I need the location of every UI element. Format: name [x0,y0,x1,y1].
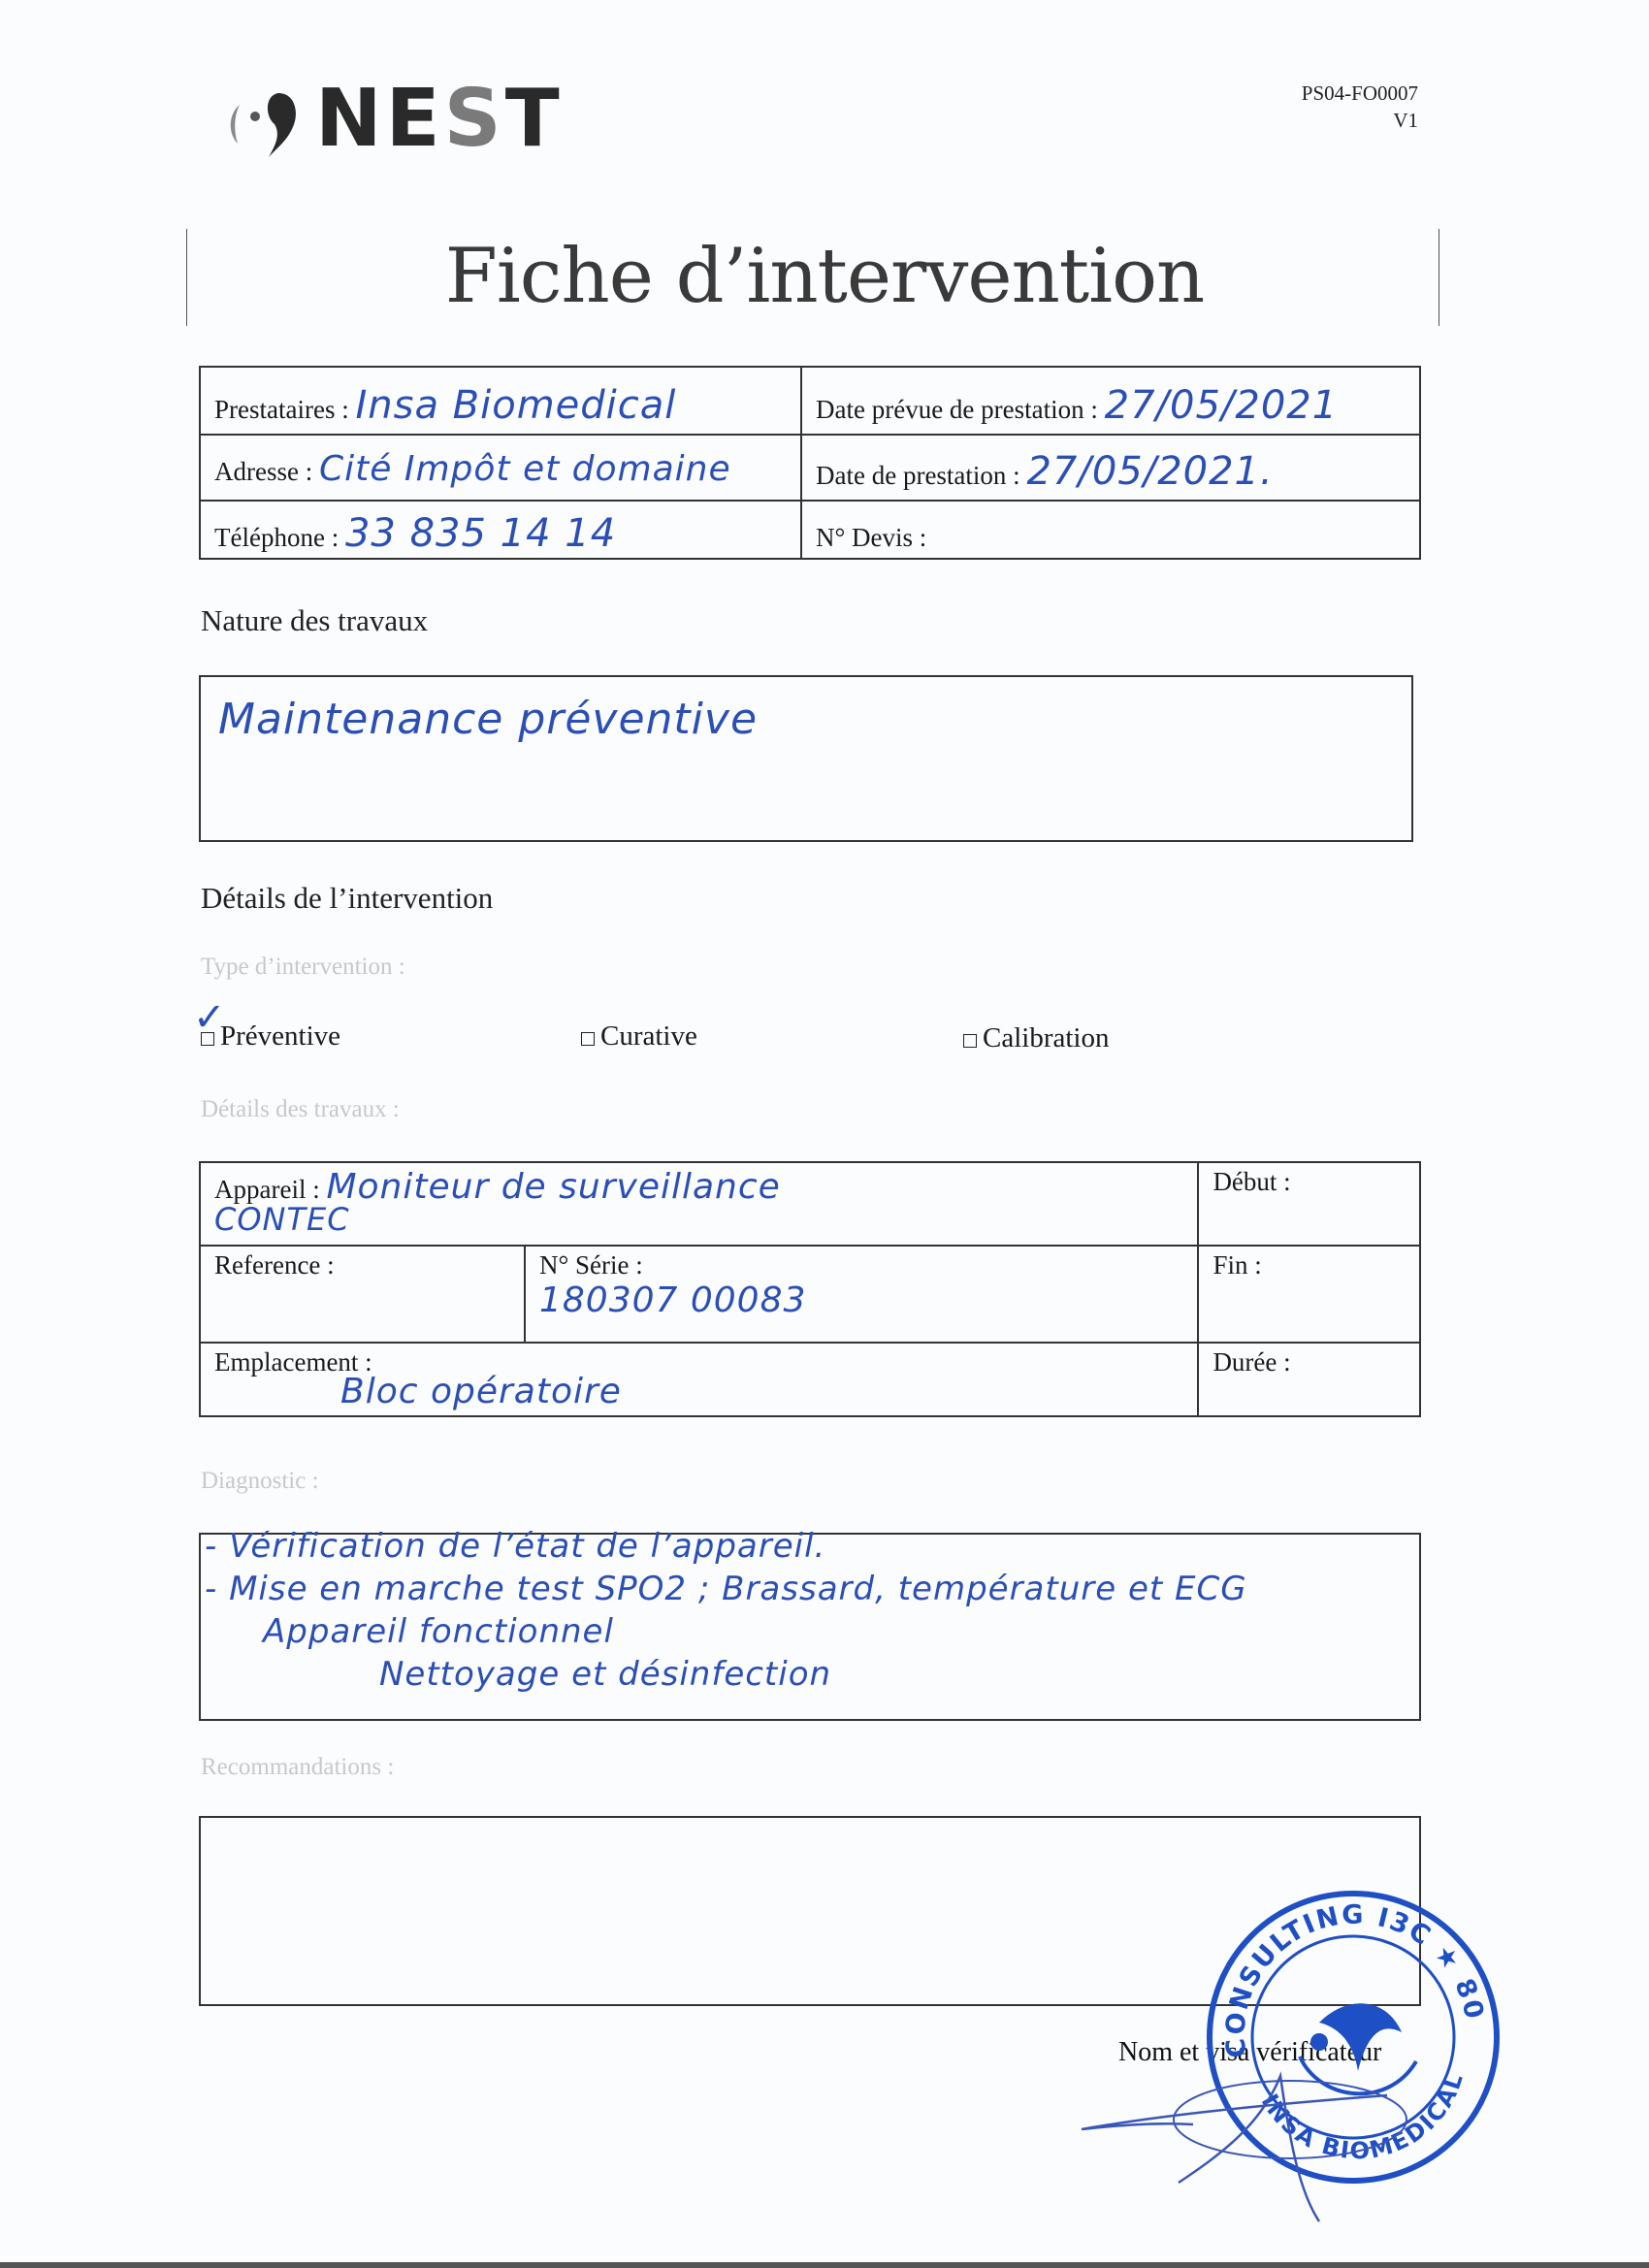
diagnostic-text: - Vérification de l’état de l’appareil. … [205,1525,1247,1696]
devis-label: N° Devis : [816,523,926,552]
prestataires-value: Insa Biomedical [355,383,676,428]
checkbox-preventive[interactable]: ✓ Préventive [201,1021,340,1053]
date-prevue-value: 27/05/2021 [1105,383,1339,428]
date-prevue-label: Date prévue de prestation : [816,395,1098,424]
appareil-value-line1: Moniteur de surveillance [326,1167,780,1207]
date-prestation-value: 27/05/2021. [1026,449,1273,494]
document-reference: PS04-FO0007 V1 [1302,80,1418,134]
logo-text: NEST [315,80,564,159]
serie-value: 180307 00083 [539,1280,1183,1320]
diagnostic-box[interactable]: - Vérification de l’état de l’appareil. … [199,1533,1421,1721]
scan-page-edge [0,2262,1649,2268]
fin-label: Fin : [1212,1250,1261,1280]
device-table: Appareil : Moniteur de surveillance CONT… [199,1161,1421,1417]
prestataires-cell[interactable]: Prestataires : Insa Biomedical [200,367,801,435]
nature-heading: Nature des travaux [201,603,428,638]
debut-cell[interactable]: Début : [1198,1162,1420,1246]
serie-label: N° Série : [539,1250,1183,1280]
diagnostic-line: Appareil fonctionnel [263,1610,1247,1653]
type-intervention-label: Type d’intervention : [201,954,405,981]
calibration-label: Calibration [983,1022,1109,1054]
diagnostic-label: Diagnostic : [201,1468,319,1495]
adresse-label: Adresse : [214,457,312,486]
prestataires-label: Prestataires : [214,395,349,424]
telephone-label: Téléphone : [214,523,339,552]
diagnostic-line: - Vérification de l’état de l’appareil. [205,1525,1247,1568]
document-code: PS04-FO0007 [1302,80,1418,107]
page-title: Fiche d’intervention [0,233,1649,320]
fin-cell[interactable]: Fin : [1198,1246,1420,1343]
provider-info-table: Prestataires : Insa Biomedical Date prév… [199,366,1421,560]
nature-box[interactable]: Maintenance préventive [199,675,1413,842]
preventive-label: Préventive [220,1021,340,1053]
nest-logo: NEST [218,76,564,163]
checkbox-calibration[interactable]: Calibration [963,1022,1109,1054]
emplacement-value: Bloc opératoire [340,1372,1183,1411]
emplacement-cell[interactable]: Emplacement : Bloc opératoire [200,1343,1198,1416]
duree-label: Durée : [1212,1347,1290,1377]
date-prestation-cell[interactable]: Date de prestation : 27/05/2021. [801,435,1420,501]
debut-label: Début : [1212,1167,1290,1196]
nature-value: Maintenance préventive [218,695,758,744]
logo-mark-icon [218,76,315,163]
details-heading: Détails de l’intervention [201,881,493,916]
diagnostic-line: - Mise en marche test SPO2 ; Brassard, t… [205,1568,1247,1610]
telephone-value: 33 835 14 14 [345,511,616,556]
curative-label: Curative [600,1021,697,1053]
diagnostic-line: Nettoyage et désinfection [379,1653,1247,1696]
handwritten-check-icon: ✓ [193,995,226,1040]
adresse-cell[interactable]: Adresse : Cité Impôt et domaine [200,435,801,501]
handwritten-signature-icon [1067,2037,1455,2231]
duree-cell[interactable]: Durée : [1198,1343,1420,1416]
devis-cell[interactable]: N° Devis : [801,501,1420,559]
details-travaux-label: Détails des travaux : [201,1096,400,1123]
checkbox-curative[interactable]: Curative [581,1021,697,1053]
appareil-cell[interactable]: Appareil : Moniteur de surveillance CONT… [200,1162,1198,1246]
checkbox-square-icon [581,1032,595,1046]
appareil-label: Appareil : [214,1175,320,1204]
document-version: V1 [1302,107,1418,134]
telephone-cell[interactable]: Téléphone : 33 835 14 14 [200,501,801,559]
reference-cell[interactable]: Reference : [200,1246,525,1343]
adresse-value: Cité Impôt et domaine [319,449,731,489]
recommandations-label: Recommandations : [201,1754,394,1781]
reference-label: Reference : [214,1250,335,1280]
date-prevue-cell[interactable]: Date prévue de prestation : 27/05/2021 [801,367,1420,435]
date-prestation-label: Date de prestation : [816,461,1020,490]
serie-cell[interactable]: N° Série : 180307 00083 [525,1246,1198,1343]
checkbox-square-icon [963,1034,977,1048]
